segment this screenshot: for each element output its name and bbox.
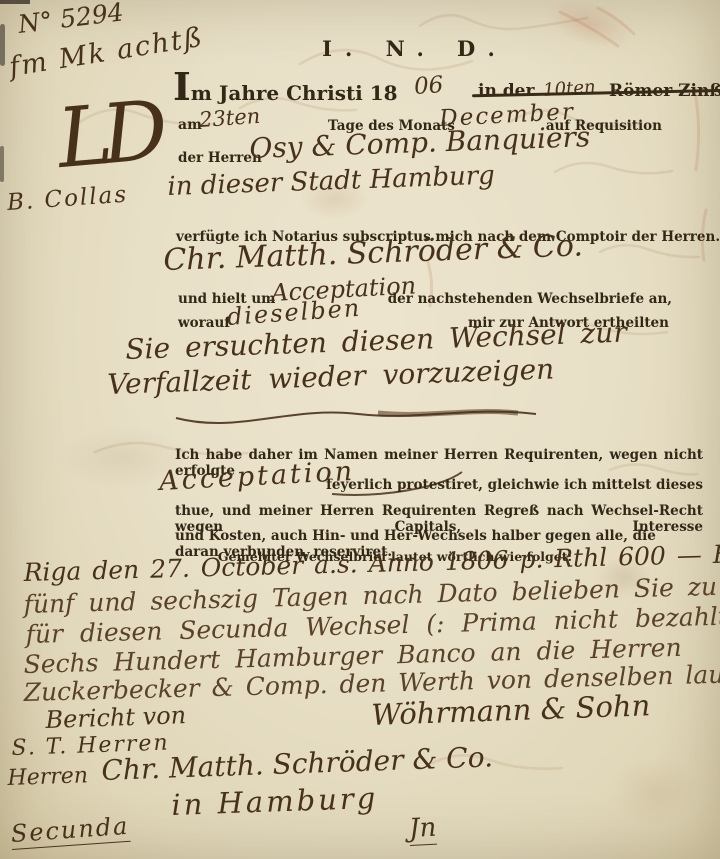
notary-monogram: LD — [54, 84, 162, 187]
print-year-prefix: Im Jahre Christi 18 — [173, 76, 398, 105]
struck-roman-indiction: in der 10ten Römer Zinß-Zahl — [478, 80, 720, 101]
invocation-heading: I. N. D. — [180, 36, 650, 61]
margin-docket-number: N° 5294 — [16, 0, 125, 39]
print-wechselbriefe-an: der nachstehenden Wechselbriefe an, — [388, 291, 672, 307]
ink-stain — [610, 756, 700, 826]
struck-hand-number: 10ten — [542, 76, 596, 101]
notary-name: B. Collas — [6, 182, 129, 216]
hand-requirent-firm: Osy & Comp. Banquiers — [249, 120, 591, 165]
struck-print-b: Römer Zinß-Zahl — [609, 81, 720, 101]
notary-paraph: Jn — [408, 813, 437, 846]
hand-city-line: in dieser Stadt Hamburg — [167, 161, 495, 202]
scan-edge-mark — [0, 146, 4, 182]
flourish-underline — [168, 400, 548, 436]
protest-paragraph-line-2: feyerlich protestiret, gleichwie ich mit… — [326, 477, 703, 493]
hand-day: 23ten — [198, 104, 261, 132]
document-page: N° 5294 fm Mk achtß LD B. Collas I. N. D… — [0, 0, 720, 859]
hand-year: 06 — [413, 72, 444, 100]
address-herren: Herren — [7, 763, 88, 791]
bill-line-6: Bericht von — [45, 701, 187, 734]
secunda-label: Secunda — [10, 812, 130, 850]
scan-edge-mark — [0, 24, 5, 66]
struck-print-a: in der — [478, 81, 534, 101]
scan-edge-mark — [0, 0, 30, 4]
address-city: in Hamburg — [171, 781, 379, 822]
